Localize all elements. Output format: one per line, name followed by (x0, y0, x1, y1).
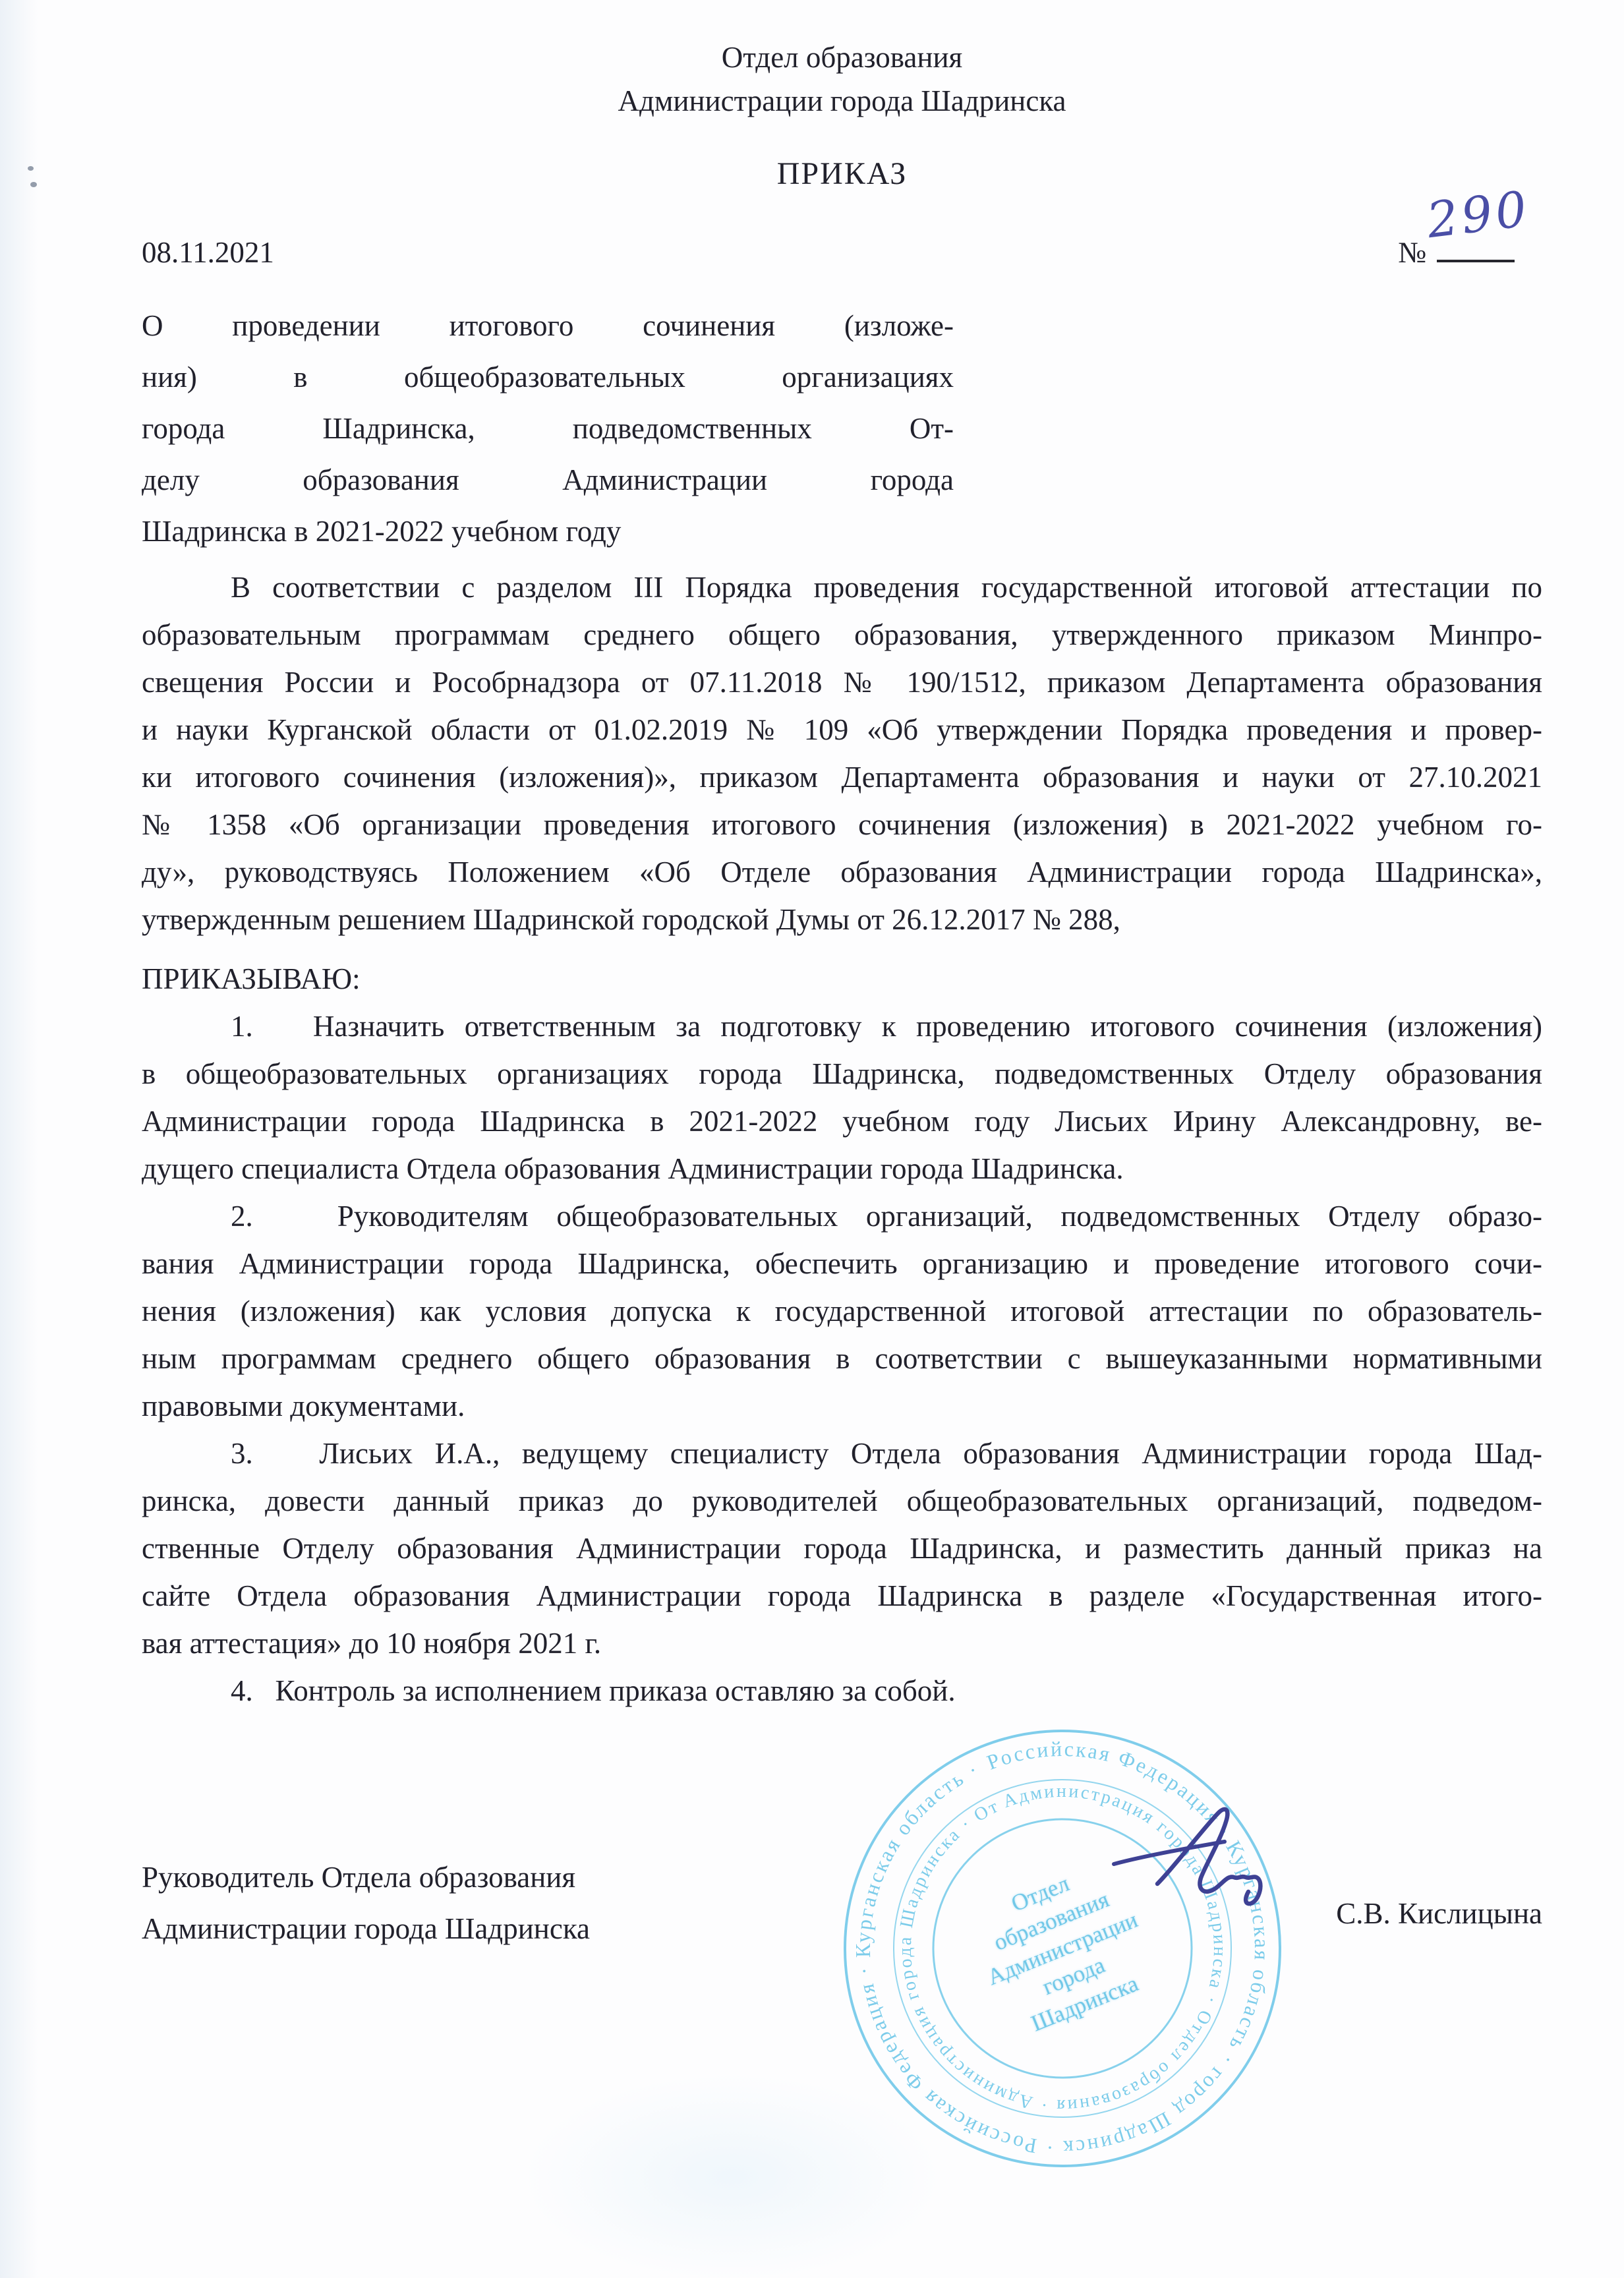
org-name-line2: Администрации города Шадринска (142, 79, 1542, 123)
text-line: в общеобразовательных организациях город… (142, 1050, 1542, 1097)
scan-speck (28, 166, 34, 171)
org-name-line1: Отдел образования (142, 36, 1542, 79)
document-date: 08.11.2021 (142, 235, 274, 270)
text-line: нения (изложения) как условия допуска к … (142, 1287, 1542, 1335)
text-line: Шадринска в 2021-2022 учебном году (142, 506, 954, 557)
text-line: вая аттестация» до 10 ноября 2021 г. (142, 1620, 1542, 1667)
text-line: ным программам среднего общего образован… (142, 1335, 1542, 1382)
text-line: О проведении итогового сочинения (изложе… (142, 300, 954, 351)
document-content: Отдел образования Администрации города Ш… (142, 0, 1542, 1977)
scan-speck (30, 182, 37, 187)
text-line: Администрации города Шадринска в 2021-20… (142, 1097, 1542, 1145)
text-line: В соответствии с разделом III Порядка пр… (142, 564, 1542, 611)
text-line: 1. Назначить ответственным за подготовку… (142, 1003, 1542, 1050)
text-line: 2. Руководителям общеобразовательных орг… (142, 1192, 1542, 1240)
text-line: делу образования Администрации города (142, 454, 954, 506)
handwritten-signature (1109, 1803, 1287, 1922)
order-item-2: 2. Руководителям общеобразовательных орг… (142, 1192, 1542, 1430)
text-line: ринска, довести данный приказ до руковод… (142, 1477, 1542, 1525)
text-line: ния) в общеобразовательных организациях (142, 351, 954, 403)
handwritten-document-number: 290 (1425, 192, 1531, 239)
document-type-title: ПРИКАЗ (142, 156, 1542, 192)
signature-block: Руководитель Отдела образования Админист… (142, 1852, 1542, 1977)
preamble-paragraph: В соответствии с разделом III Порядка пр… (142, 564, 1542, 943)
text-line: дущего специалиста Отдела образования Ад… (142, 1145, 1542, 1192)
scan-edge-shadow (0, 0, 38, 2278)
text-line: ственные Отделу образования Администраци… (142, 1525, 1542, 1572)
order-subject: О проведении итогового сочинения (изложе… (142, 300, 954, 557)
text-line: 3. Лисьих И.А., ведущему специалисту Отд… (142, 1430, 1542, 1477)
order-item-1: 1. Назначить ответственным за подготовку… (142, 1003, 1542, 1192)
signer-position-line2: Администрации города Шадринска (142, 1903, 1542, 1954)
text-line: сайте Отдела образования Администрации г… (142, 1572, 1542, 1620)
org-header: Отдел образования Администрации города Ш… (142, 0, 1542, 123)
scanned-document-page: Отдел образования Администрации города Ш… (0, 0, 1624, 2278)
order-item-4: 4. Контроль за исполнением приказа остав… (142, 1667, 1542, 1714)
signature-stroke-main (1157, 1809, 1260, 1904)
text-line: правовыми документами. (142, 1382, 1542, 1430)
text-line: города Шадринска, подведомственных От- (142, 403, 954, 454)
text-line: ду», руководствуясь Положением «Об Отдел… (142, 848, 1542, 896)
text-line: образовательным программам среднего обще… (142, 611, 1542, 658)
text-line: свещения России и Рособрнадзора от 07.11… (142, 658, 1542, 706)
text-line: № 1358 «Об организации проведения итогов… (142, 801, 1542, 848)
order-heading: ПРИКАЗЫВАЮ: (142, 955, 1542, 1003)
scan-haze (527, 2076, 936, 2278)
number-sign: № (1398, 235, 1426, 270)
order-heading-text: ПРИКАЗЫВАЮ: (142, 955, 1542, 1003)
order-item-3: 3. Лисьих И.А., ведущему специалисту Отд… (142, 1430, 1542, 1667)
text-line: и науки Курганской области от 01.02.2019… (142, 706, 1542, 753)
text-line: вания Администрации города Шадринска, об… (142, 1240, 1542, 1287)
signer-position-line1: Руководитель Отдела образования (142, 1852, 1542, 1903)
document-number-group: № 290 (1398, 232, 1515, 270)
text-line: ки итогового сочинения (изложения)», при… (142, 753, 1542, 801)
text-line: утвержденным решением Шадринской городск… (142, 896, 1542, 943)
text-line: 4. Контроль за исполнением приказа остав… (142, 1667, 1542, 1714)
date-number-row: 08.11.2021 № 290 (142, 232, 1542, 270)
signer-name: С.В. Кислицына (1336, 1894, 1542, 1933)
